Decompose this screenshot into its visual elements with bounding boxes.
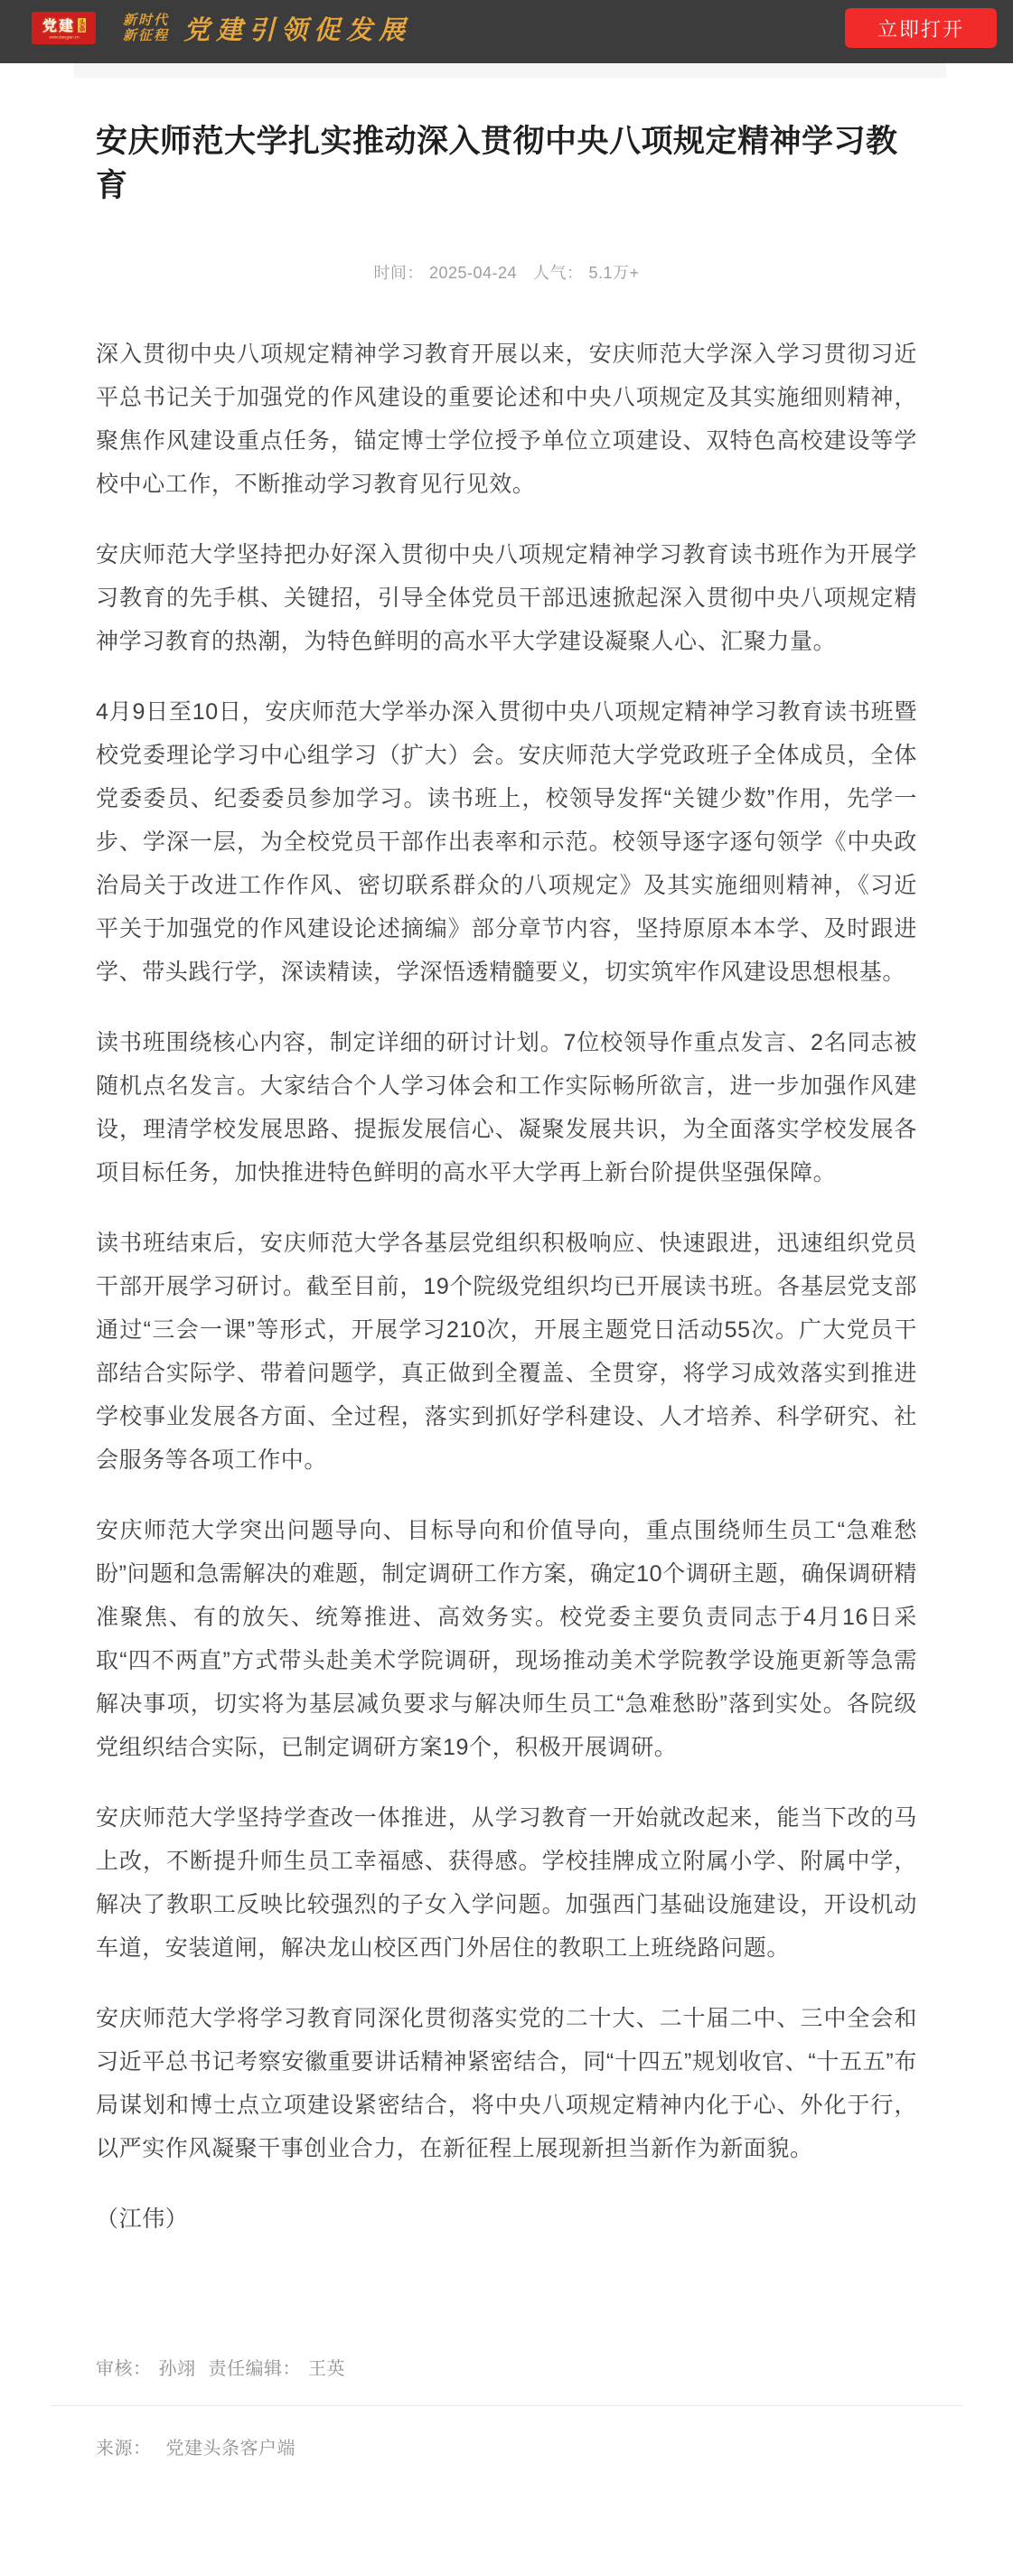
slogan-large-text: 党建引领促发展: [183, 10, 411, 47]
logo-site-url: www.dangjian.cn: [50, 35, 80, 39]
article-paragraph: 安庆师范大学坚持学查改一体推进，从学习教育一开始就改起来，能当下改的马上改，不断…: [96, 1796, 917, 1970]
logo-seal-badge: 头条: [78, 18, 86, 33]
header-slogan: 新时代 新征程 党建引领促发展: [123, 10, 411, 47]
article-paragraph: 读书班围绕核心内容，制定详细的研讨计划。7位校领导作重点发言、2名同志被随机点名…: [96, 1021, 917, 1194]
editor-name: 王英: [308, 2359, 345, 2379]
article-title: 安庆师范大学扎实推动深入贯彻中央八项规定精神学习教育: [96, 119, 917, 208]
dangjian-logo[interactable]: 党建 头条 www.dangjian.cn: [32, 12, 96, 44]
article-meta: 时间：2025-04-24人气：5.1万+: [96, 260, 917, 284]
article-body: 深入贯彻中央八项规定精神学习教育开展以来，安庆师范大学深入学习贯彻习近平总书记关…: [96, 333, 917, 2241]
meta-views-label: 人气：: [533, 264, 584, 282]
footer-review-line: 审核：孙翊责任编辑：王英: [96, 2354, 917, 2380]
article-container: 安庆师范大学扎实推动深入贯彻中央八项规定精神学习教育 时间：2025-04-24…: [0, 119, 1013, 2241]
subheader-strip: [74, 63, 946, 78]
meta-time-value: 2025-04-24: [429, 264, 517, 282]
article-paragraph: 安庆师范大学坚持把办好深入贯彻中央八项规定精神学习教育读书班作为开展学习教育的先…: [96, 533, 917, 663]
open-app-button[interactable]: 立即打开: [845, 8, 997, 48]
article-paragraph: 安庆师范大学将学习教育同深化贯彻落实党的二十大、二十届二中、三中全会和习近平总书…: [96, 1997, 917, 2170]
reviewer-name: 孙翊: [159, 2359, 196, 2379]
article-paragraph: （江伟）: [96, 2197, 917, 2241]
editor-label: 责任编辑：: [209, 2359, 302, 2379]
page-footer: 审核：孙翊责任编辑：王英 来源：党建头条客户端: [0, 2354, 1013, 2514]
logo-text: 党建: [42, 14, 75, 35]
slogan-small-block: 新时代 新征程: [123, 13, 169, 43]
meta-views-value: 5.1万+: [589, 264, 640, 282]
article-paragraph: 安庆师范大学突出问题导向、目标导向和价值导向，重点围绕师生员工“急难愁盼”问题和…: [96, 1509, 917, 1769]
app-header: 党建 头条 www.dangjian.cn 新时代 新征程 党建引领促发展 立即…: [0, 0, 1013, 63]
logo-main: 党建 头条: [42, 14, 86, 35]
source-name: 党建头条客户端: [166, 2439, 296, 2459]
footer-source-line: 来源：党建头条客户端: [96, 2433, 917, 2459]
slogan-small-line2: 新征程: [123, 28, 169, 43]
meta-time-label: 时间：: [373, 264, 424, 282]
source-label: 来源：: [96, 2439, 152, 2459]
article-paragraph: 读书班结束后，安庆师范大学各基层党组织积极响应、快速跟进，迅速组织党员干部开展学…: [96, 1222, 917, 1482]
article-paragraph: 深入贯彻中央八项规定精神学习教育开展以来，安庆师范大学深入学习贯彻习近平总书记关…: [96, 333, 917, 506]
review-label: 审核：: [96, 2359, 152, 2379]
slogan-small-line1: 新时代: [123, 13, 169, 28]
article-paragraph: 4月9日至10日，安庆师范大学举办深入贯彻中央八项规定精神学习教育读书班暨校党委…: [96, 690, 917, 994]
footer-divider: [51, 2405, 962, 2406]
